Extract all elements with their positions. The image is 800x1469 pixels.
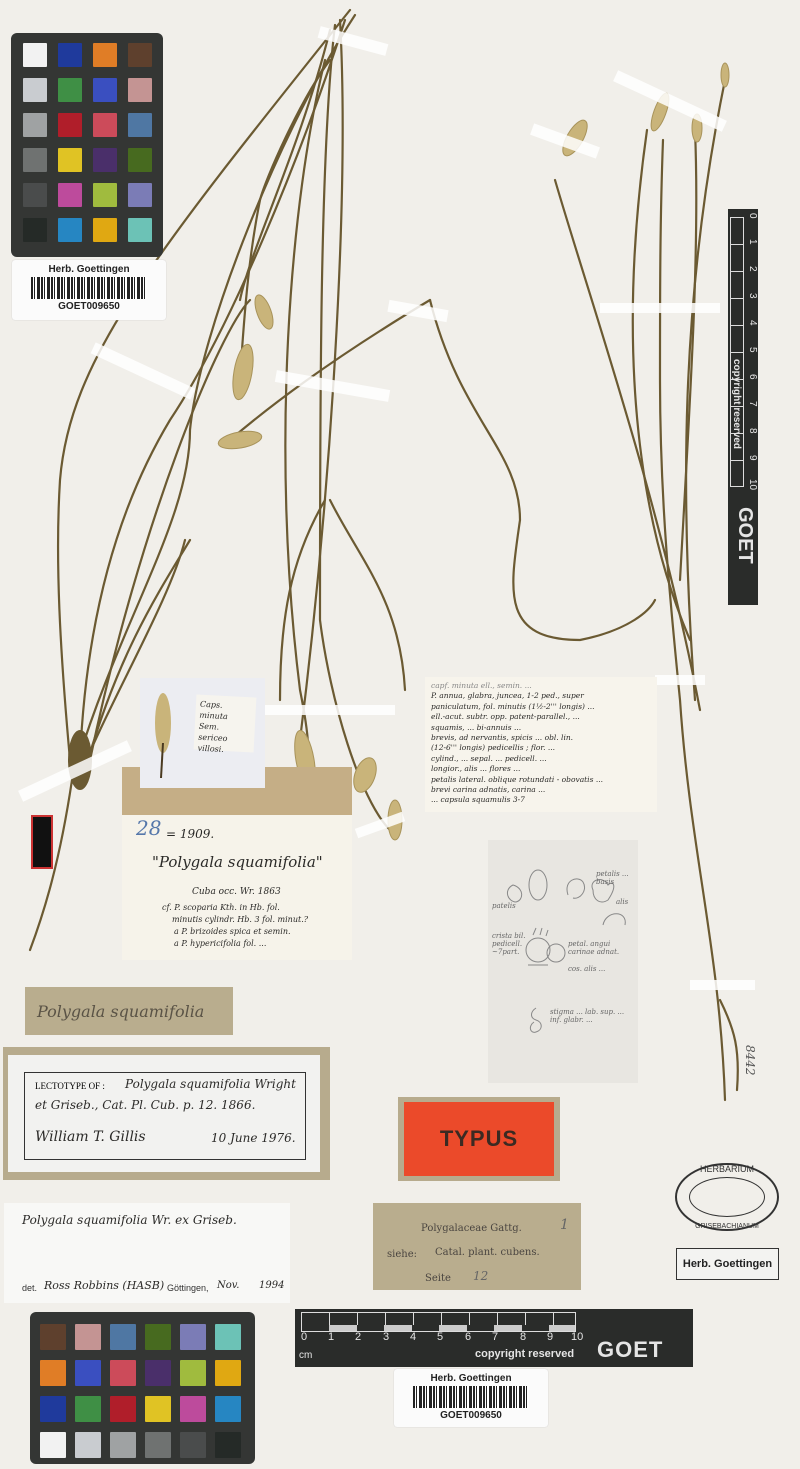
goet-logo: GOET	[733, 507, 756, 564]
page-prefix: Seite	[425, 1273, 451, 1284]
tape-strip	[690, 980, 755, 990]
color-swatch	[110, 1324, 136, 1350]
tick: 0	[301, 1331, 307, 1343]
tick: 2	[355, 1331, 361, 1343]
label-number: 28	[136, 821, 161, 835]
det-species: Polygala squamifolia Wr. ex Griseb.	[22, 1213, 237, 1227]
color-swatch	[180, 1432, 206, 1458]
note-line: villosi.	[197, 743, 250, 757]
page-number: 12	[473, 1269, 488, 1283]
tick: 10	[571, 1331, 583, 1343]
scale-ruler-horizontal: 0 1 2 3 4 5 6 7 8 9 10 cm copyright rese…	[295, 1309, 693, 1367]
color-swatch	[215, 1360, 241, 1386]
siehe-prefix: siehe:	[387, 1249, 417, 1260]
color-swatch	[58, 43, 82, 67]
color-swatch	[75, 1396, 101, 1422]
color-swatch	[75, 1432, 101, 1458]
sheet-number: 8442	[743, 1045, 757, 1076]
description-line: petalis lateral. oblique rotundati - obo…	[431, 775, 651, 785]
scale-ruler-vertical: 0 1 2 3 4 5 6 7 8 9 10 copyright reserve…	[728, 209, 758, 605]
color-swatch	[23, 218, 47, 242]
color-swatch	[215, 1324, 241, 1350]
sketch-sheet: patelis petalis ... basis alis crista bi…	[488, 840, 638, 1083]
family-number: 1	[560, 1217, 569, 1233]
sketch-note: alis	[616, 898, 628, 906]
color-swatch	[215, 1432, 241, 1458]
tape-strip	[600, 303, 720, 313]
color-swatch	[93, 113, 117, 137]
tick: 1	[747, 239, 758, 245]
stamp-top-text: HERBARIUM	[677, 1164, 777, 1174]
sketch-note: petalis ... basis	[596, 870, 638, 886]
description-line: longior., alis ... flores ...	[431, 764, 651, 774]
catalog-ref: Catal. plant. cubens.	[435, 1247, 540, 1258]
color-swatch	[23, 78, 47, 102]
det-place: Göttingen,	[167, 1283, 209, 1293]
description-line: ell.-acut. subtr. opp. patent-parallel.,…	[431, 712, 651, 722]
tick: 1	[328, 1331, 334, 1343]
color-swatch	[93, 43, 117, 67]
color-swatch	[58, 113, 82, 137]
label-date: = 1909.	[166, 827, 214, 841]
tick: 4	[410, 1331, 416, 1343]
barcode-number: GOET009650	[394, 1410, 548, 1421]
color-swatch	[93, 218, 117, 242]
color-swatch	[128, 43, 152, 67]
lectotype-citation: et Griseb., Cat. Pl. Cub. p. 12. 1866.	[35, 1098, 255, 1112]
copyright-text: copyright reserved	[731, 359, 742, 449]
lectotype-label: LECTOTYPE OF : Polygala squamifolia Wrig…	[3, 1047, 330, 1180]
tick: 3	[383, 1331, 389, 1343]
tick: 3	[747, 293, 758, 299]
sketch-note: patelis	[492, 902, 516, 910]
herbarium-name: Herb. Goettingen	[394, 1373, 548, 1384]
typus-label: TYPUS	[398, 1097, 560, 1181]
color-swatch	[110, 1396, 136, 1422]
det-month: Nov.	[217, 1280, 239, 1291]
color-swatch	[128, 218, 152, 242]
lectotype-author: William T. Gillis	[35, 1129, 146, 1145]
family-label: Polygalaceae Gattg. 1 siehe: Catal. plan…	[373, 1203, 581, 1290]
description-line: ... capsula squamulis 3-7	[431, 795, 651, 805]
color-swatch	[40, 1432, 66, 1458]
unit-label: cm	[299, 1350, 312, 1361]
color-swatch	[23, 113, 47, 137]
barcode-number: GOET009650	[12, 301, 166, 312]
copyright-text: copyright reserved	[475, 1348, 574, 1360]
lectotype-prefix: LECTOTYPE OF :	[35, 1081, 105, 1091]
color-swatch	[93, 148, 117, 172]
note-line: a P. hypericifolia fol. ...	[174, 937, 266, 951]
barcode	[413, 1386, 529, 1408]
stamp-bottom-text: GRISEBACHIANUM	[677, 1223, 777, 1230]
species-name: "Polygala squamifolia"	[152, 855, 323, 869]
color-swatch	[58, 148, 82, 172]
tick: 6	[747, 374, 758, 380]
description-line: brevi carina adnatis, carina ...	[431, 785, 651, 795]
typus-text: TYPUS	[404, 1102, 554, 1176]
tick: 7	[492, 1331, 498, 1343]
color-swatch	[58, 218, 82, 242]
tick: 9	[547, 1331, 553, 1343]
scale-marker	[31, 815, 53, 869]
color-swatch	[180, 1324, 206, 1350]
family-name: Polygalaceae Gattg.	[421, 1223, 522, 1234]
color-swatch	[110, 1432, 136, 1458]
tick: 0	[747, 213, 758, 219]
lectotype-species: Polygala squamifolia Wright	[125, 1077, 296, 1091]
name-slip: Polygala squamifolia	[25, 987, 233, 1035]
tick: 2	[747, 266, 758, 272]
sketch-note: cos. alis ...	[568, 965, 605, 973]
description-line: (12-6''' longis) pedicellis ; flor. ...	[431, 743, 651, 753]
herbarium-name: Herb. Goettingen	[12, 264, 166, 275]
description-header: capf. minuta ell., semin. ...	[431, 681, 651, 691]
barcode	[31, 277, 147, 299]
color-swatch	[58, 183, 82, 207]
color-swatch	[23, 43, 47, 67]
color-swatch	[40, 1396, 66, 1422]
tick: 9	[747, 455, 758, 461]
tick: 4	[747, 320, 758, 326]
color-swatch	[75, 1360, 101, 1386]
ruler-scale	[301, 1312, 576, 1332]
color-swatch	[23, 183, 47, 207]
color-swatch	[215, 1396, 241, 1422]
color-swatch	[23, 148, 47, 172]
determiner: Ross Robbins (HASB)	[44, 1279, 164, 1292]
tick: 8	[747, 428, 758, 434]
herbarium-name-box: Herb. Goettingen	[676, 1248, 779, 1280]
det-year: 1994	[259, 1280, 284, 1291]
color-swatch	[128, 113, 152, 137]
color-swatch	[145, 1396, 171, 1422]
color-swatch	[40, 1324, 66, 1350]
sketch-note: petal. angui carinae adnat.	[568, 940, 633, 956]
determination-label: Polygala squamifolia Wr. ex Griseb. det.…	[4, 1203, 290, 1303]
tape-strip	[265, 705, 395, 715]
herbarium-stamp: HERBARIUM GRISEBACHIANUM	[675, 1163, 779, 1231]
sketch-note: crista bil. pedicell. ~7part.	[492, 932, 528, 956]
description-label: capf. minuta ell., semin. ... P. annua, …	[425, 677, 657, 812]
description-line: P. annua, glabra, juncea, 1-2 ped., supe…	[431, 691, 651, 701]
inflorescence-fragment	[145, 683, 185, 783]
note-line: Caps. minuta	[199, 699, 252, 724]
color-swatch	[93, 183, 117, 207]
lectotype-date: 10 June 1976.	[211, 1131, 296, 1145]
color-swatch	[128, 78, 152, 102]
description-line: squamis, ... bi-annuis ...	[431, 723, 651, 733]
tick: 8	[520, 1331, 526, 1343]
goet-logo: GOET	[597, 1337, 663, 1363]
color-swatch	[145, 1360, 171, 1386]
color-swatch	[145, 1432, 171, 1458]
color-swatch	[110, 1360, 136, 1386]
color-swatch	[128, 183, 152, 207]
description-line: brevis, ad nervantis, spicis ... obl. li…	[431, 733, 651, 743]
tick: 5	[747, 347, 758, 353]
tick: 7	[747, 401, 758, 407]
color-checker-bottom	[30, 1312, 255, 1464]
barcode-label-bottom: Herb. Goettingen GOET009650	[394, 1369, 548, 1427]
tick: 10	[747, 479, 758, 490]
color-swatch	[128, 148, 152, 172]
note-line: Sem. sericeo	[198, 721, 251, 746]
fragment-note: Caps. minuta Sem. sericeo villosi.	[194, 694, 257, 752]
color-checker-top	[11, 33, 163, 257]
color-swatch	[145, 1324, 171, 1350]
description-line: paniculatum, fol. minutis (1½-2''' longi…	[431, 702, 651, 712]
color-swatch	[58, 78, 82, 102]
color-swatch	[93, 78, 117, 102]
tick: 5	[437, 1331, 443, 1343]
color-swatch	[40, 1360, 66, 1386]
sketch-note: stigma ... lab. sup. ... inf. glabr. ...	[550, 1008, 630, 1024]
original-label: 28 = 1909. "Polygala squamifolia" Cuba o…	[122, 815, 352, 960]
description-line: cylind., ... sepal. ... pedicell. ...	[431, 754, 651, 764]
fragment-card: Caps. minuta Sem. sericeo villosi.	[140, 678, 265, 788]
barcode-label-top: Herb. Goettingen GOET009650	[12, 260, 166, 320]
color-swatch	[180, 1360, 206, 1386]
locality: Cuba occ. Wr. 1863	[192, 885, 281, 899]
tape-strip	[655, 675, 705, 685]
color-swatch	[75, 1324, 101, 1350]
tick: 6	[465, 1331, 471, 1343]
name-slip-text: Polygala squamifolia	[37, 1002, 204, 1021]
color-swatch	[180, 1396, 206, 1422]
det-prefix: det.	[22, 1283, 37, 1293]
